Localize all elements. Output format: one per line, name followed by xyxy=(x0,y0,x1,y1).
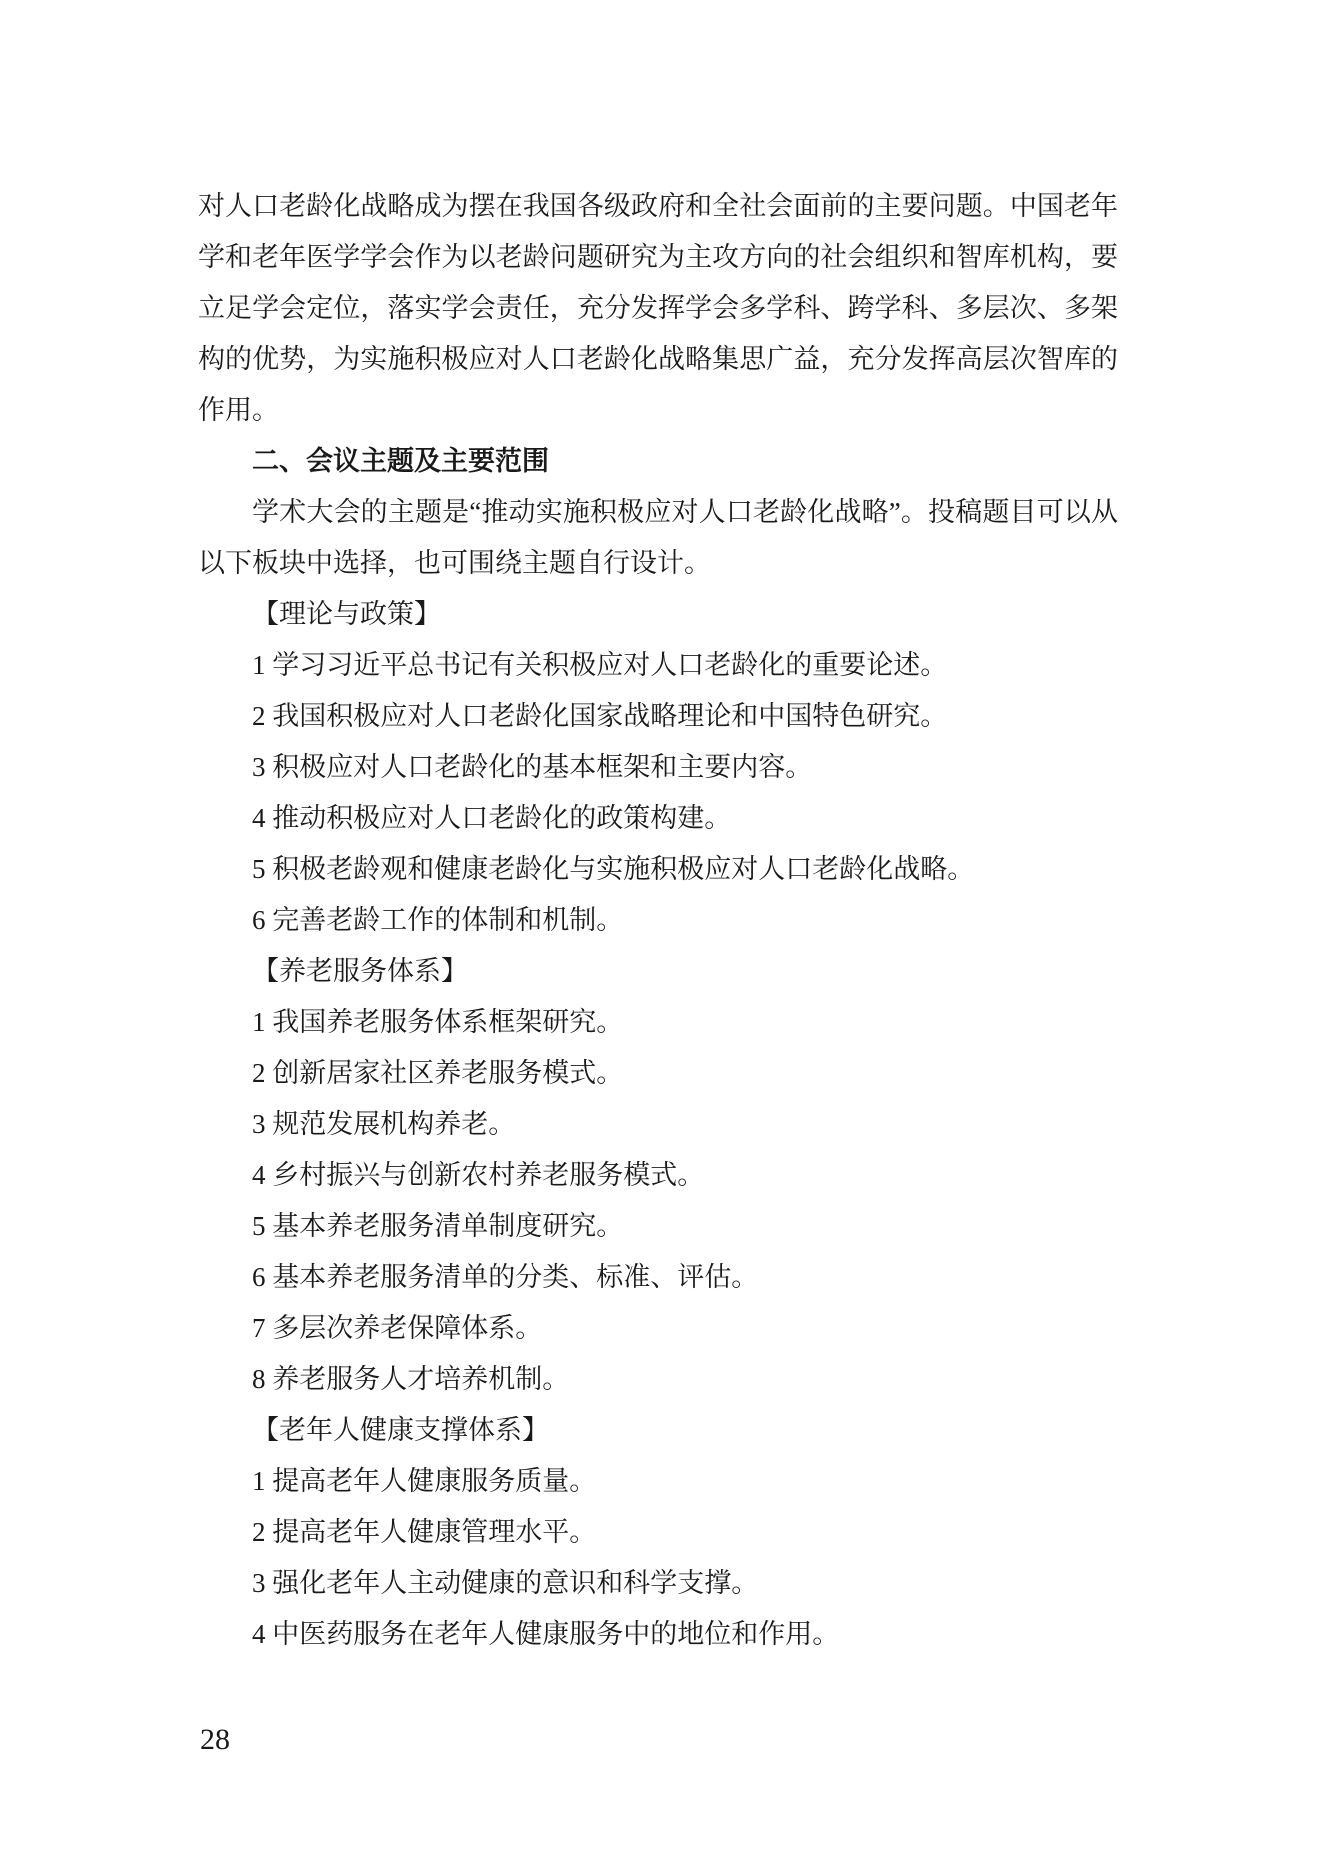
theme-paragraph-line: 以下板块中选择，也可围绕主题自行设计。 xyxy=(198,538,1118,589)
document-content: 对人口老龄化战略成为摆在我国各级政府和全社会面前的主要问题。中国老年 学和老年医… xyxy=(198,181,1118,1660)
page-number: 28 xyxy=(200,1722,230,1758)
topic-item: 8 养老服务人才培养机制。 xyxy=(198,1354,1118,1405)
topic-item: 1 提高老年人健康服务质量。 xyxy=(198,1456,1118,1507)
section-heading: 二、会议主题及主要范围 xyxy=(198,436,1118,487)
intro-paragraph-line: 作用。 xyxy=(198,385,1118,436)
theme-paragraph-line: 学术大会的主题是“推动实施积极应对人口老龄化战略”。投稿题目可以从 xyxy=(198,487,1118,538)
topic-section-title: 【理论与政策】 xyxy=(198,589,1118,640)
topic-item: 7 多层次养老保障体系。 xyxy=(198,1303,1118,1354)
topic-item: 4 乡村振兴与创新农村养老服务模式。 xyxy=(198,1150,1118,1201)
intro-paragraph-line: 立足学会定位，落实学会责任，充分发挥学会多学科、跨学科、多层次、多架 xyxy=(198,283,1118,334)
topic-item: 2 我国积极应对人口老龄化国家战略理论和中国特色研究。 xyxy=(198,691,1118,742)
intro-paragraph-line: 对人口老龄化战略成为摆在我国各级政府和全社会面前的主要问题。中国老年 xyxy=(198,181,1118,232)
topic-item: 2 创新居家社区养老服务模式。 xyxy=(198,1048,1118,1099)
topic-section-title: 【养老服务体系】 xyxy=(198,946,1118,997)
topic-item: 1 我国养老服务体系框架研究。 xyxy=(198,997,1118,1048)
topic-item: 5 积极老龄观和健康老龄化与实施积极应对人口老龄化战略。 xyxy=(198,844,1118,895)
topic-item: 5 基本养老服务清单制度研究。 xyxy=(198,1201,1118,1252)
document-page: 对人口老龄化战略成为摆在我国各级政府和全社会面前的主要问题。中国老年 学和老年医… xyxy=(0,0,1323,1871)
topic-item: 1 学习习近平总书记有关积极应对人口老龄化的重要论述。 xyxy=(198,640,1118,691)
topic-item: 3 积极应对人口老龄化的基本框架和主要内容。 xyxy=(198,742,1118,793)
topic-section-title: 【老年人健康支撑体系】 xyxy=(198,1405,1118,1456)
topic-item: 2 提高老年人健康管理水平。 xyxy=(198,1507,1118,1558)
intro-paragraph-line: 学和老年医学学会作为以老龄问题研究为主攻方向的社会组织和智库机构，要 xyxy=(198,232,1118,283)
topic-item: 6 完善老龄工作的体制和机制。 xyxy=(198,895,1118,946)
topic-item: 3 强化老年人主动健康的意识和科学支撑。 xyxy=(198,1558,1118,1609)
topic-item: 6 基本养老服务清单的分类、标准、评估。 xyxy=(198,1252,1118,1303)
topic-item: 4 中医药服务在老年人健康服务中的地位和作用。 xyxy=(198,1609,1118,1660)
topic-item: 4 推动积极应对人口老龄化的政策构建。 xyxy=(198,793,1118,844)
topic-item: 3 规范发展机构养老。 xyxy=(198,1099,1118,1150)
intro-paragraph-line: 构的优势，为实施积极应对人口老龄化战略集思广益，充分发挥高层次智库的 xyxy=(198,334,1118,385)
